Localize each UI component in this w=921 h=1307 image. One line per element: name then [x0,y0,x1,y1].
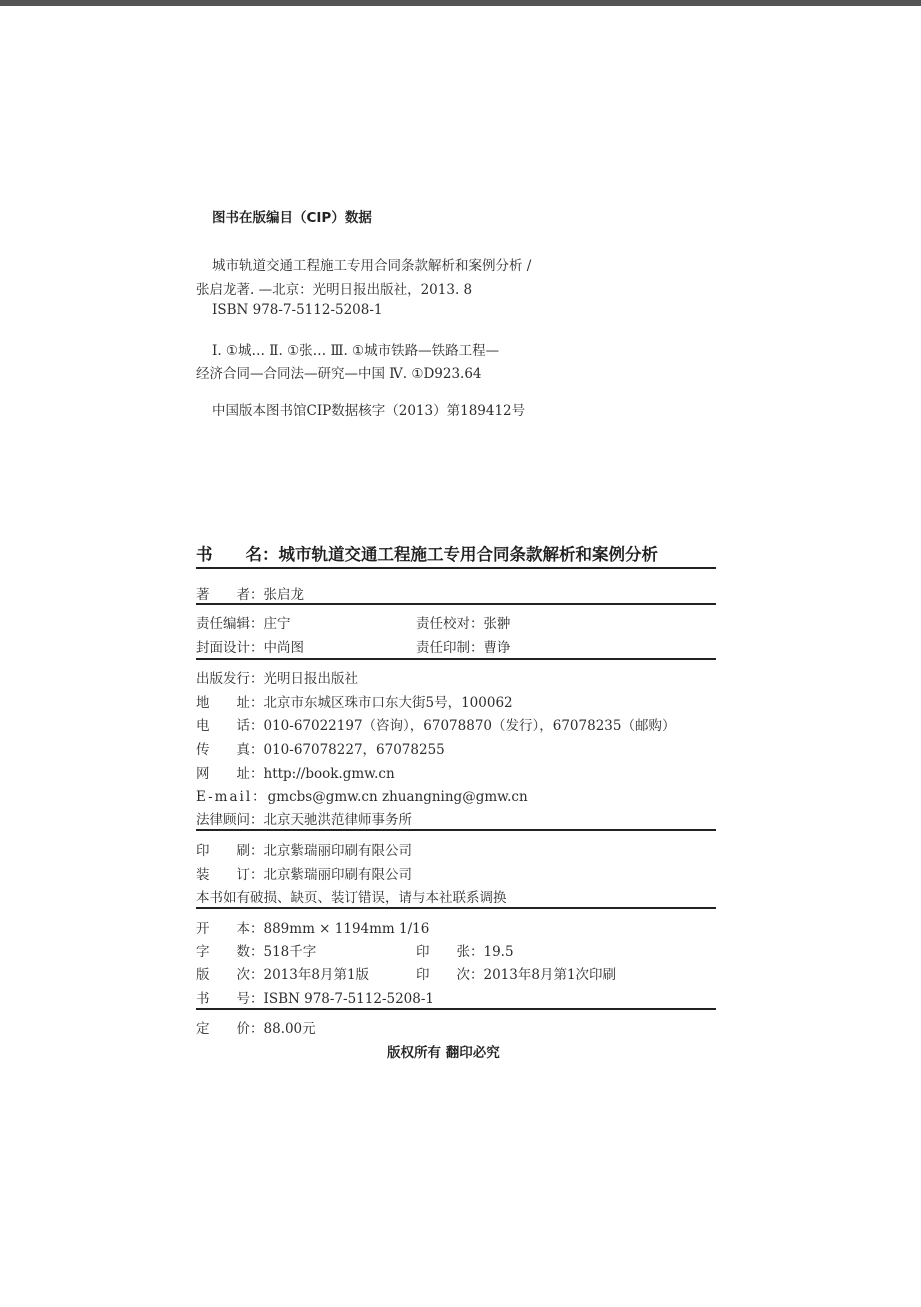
author-value: 张启龙 [264,587,305,603]
word-count-value: 518千字 [264,944,317,960]
printer-label: 印 刷： [196,843,264,859]
book-title-value: 城市轨道交通工程施工专用合同条款解析和案例分析 [279,545,659,564]
divider [196,829,716,831]
fax-value: 010-67078227，67078255 [264,742,445,758]
edition-label: 版 次： [196,967,264,983]
divider [196,658,716,660]
cip-isbn: ISBN 978-7-5112-5208-1 [212,302,383,318]
print-supervisor-label: 责任印制： [416,640,484,656]
proofreader-label: 责任校对： [416,616,484,632]
sheets-value: 19.5 [484,944,514,960]
binder-value: 北京紫瑞丽印刷有限公司 [264,867,413,883]
format-row: 开 本：889mm × 1194mm 1/16 [196,917,429,937]
editor-label: 责任编辑： [196,616,264,632]
format-value: 889mm × 1194mm 1/16 [264,921,430,937]
cover-design-value: 中尚图 [264,640,305,656]
publisher-row: 出版发行：光明日报出版社 [196,667,358,687]
proofreader-value: 张翀 [484,616,511,632]
cip-line-title: 城市轨道交通工程施工专用合同条款解析和案例分析 / [212,254,531,274]
sheets-field: 印 张：19.5 [416,940,514,960]
top-bar [0,0,921,6]
binder-row: 装 订：北京紫瑞丽印刷有限公司 [196,863,412,883]
website-link[interactable]: http://book.gmw.cn [264,766,395,782]
printing-label: 印 次： [416,967,484,983]
website-label: 网 址： [196,766,264,782]
book-number-label: 书 号： [196,991,264,1007]
address-value: 北京市东城区珠市口东大街5号，100062 [264,695,513,711]
word-count-label: 字 数： [196,944,264,960]
editor-value: 庄宁 [264,616,291,632]
binder-label: 装 订： [196,867,264,883]
printer-value: 北京紫瑞丽印刷有限公司 [264,843,413,859]
price-value: 88.00元 [264,1021,316,1037]
printing-field: 印 次：2013年8月第1次印刷 [416,963,616,983]
publisher-value: 光明日报出版社 [264,671,359,687]
proofreader-field: 责任校对：张翀 [416,612,511,632]
phone-value: 010-67022197（咨询），67078870（发行），67078235（邮… [264,718,676,734]
edition-row: 版 次：2013年8月第1版 印 次：2013年8月第1次印刷 [196,963,716,983]
author-row: 著 者：张启龙 [196,583,304,603]
defect-note: 本书如有破损、缺页、装订错误，请与本社联系调换 [196,886,507,906]
address-row: 地 址：北京市东城区珠市口东大街5号，100062 [196,691,513,711]
email-label: E-mail： [196,789,268,805]
word-count-row: 字 数：518千字 印 张：19.5 [196,940,716,960]
cip-catalog-number: 中国版本图书馆CIP数据核字（2013）第189412号 [212,399,525,419]
sheets-label: 印 张： [416,944,484,960]
address-label: 地 址： [196,695,264,711]
print-supervisor-value: 曹诤 [484,640,511,656]
book-title-label: 书 名： [196,545,279,564]
legal-label: 法律顾问： [196,812,264,828]
phone-row: 电 话：010-67022197（咨询），67078870（发行），670782… [196,714,675,734]
cip-classification-1: Ⅰ. ①城… Ⅱ. ①张… Ⅲ. ①城市铁路—铁路工程— [212,339,499,359]
cover-design-row: 封面设计：中尚图 责任印制：曹诤 [196,636,716,656]
author-label: 著 者： [196,587,264,603]
print-supervisor-field: 责任印制：曹诤 [416,636,511,656]
legal-row: 法律顾问：北京天驰洪范律师事务所 [196,808,412,828]
fax-row: 传 真：010-67078227，67078255 [196,738,445,758]
book-title-row: 书 名：城市轨道交通工程施工专用合同条款解析和案例分析 [196,541,658,565]
cip-title: 图书在版编目（CIP）数据 [212,206,372,226]
cip-line-author: 张启龙著. —北京：光明日报出版社，2013. 8 [196,278,472,298]
divider [196,1008,716,1010]
cip-classification-2: 经济合同—合同法—研究—中国 Ⅳ. ①D923.64 [196,362,482,382]
email-value[interactable]: gmcbs@gmw.cn zhuangning@gmw.cn [268,789,528,805]
book-number-row: 书 号：ISBN 978-7-5112-5208-1 [196,987,434,1007]
fax-label: 传 真： [196,742,264,758]
legal-value: 北京天驰洪范律师事务所 [264,812,413,828]
copyright-notice: 版权所有 翻印必究 [387,1041,500,1061]
website-row: 网 址：http://book.gmw.cn [196,762,395,782]
price-label: 定 价： [196,1021,264,1037]
printing-value: 2013年8月第1次印刷 [484,967,617,983]
divider [196,603,716,605]
divider [196,567,716,569]
price-row: 定 价：88.00元 [196,1017,316,1037]
book-number-value: ISBN 978-7-5112-5208-1 [264,991,435,1007]
email-row: E-mail：gmcbs@gmw.cn zhuangning@gmw.cn [196,785,528,805]
printer-row: 印 刷：北京紫瑞丽印刷有限公司 [196,839,412,859]
phone-label: 电 话： [196,718,264,734]
divider [196,907,716,909]
edition-value: 2013年8月第1版 [264,967,370,983]
editor-row: 责任编辑：庄宁 责任校对：张翀 [196,612,716,632]
publisher-label: 出版发行： [196,671,264,687]
cover-design-label: 封面设计： [196,640,264,656]
format-label: 开 本： [196,921,264,937]
